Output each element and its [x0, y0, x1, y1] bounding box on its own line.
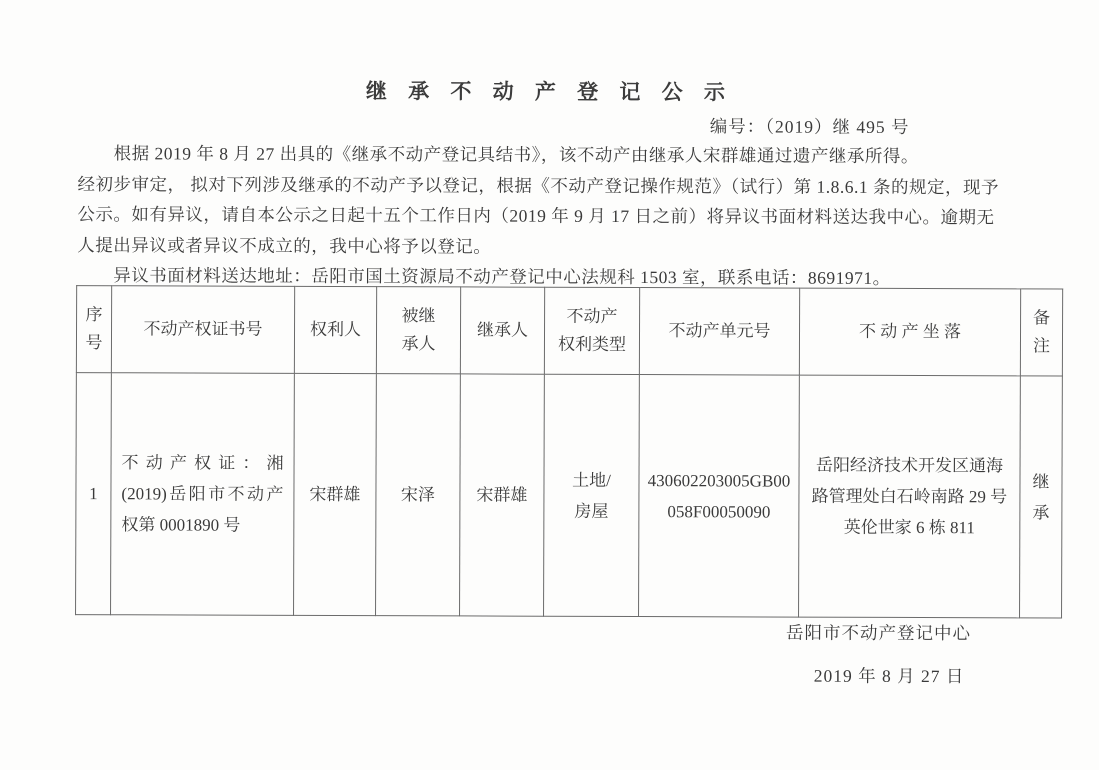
header-right-holder: 权利人: [294, 286, 376, 373]
cell-decedent: 宋泽: [376, 374, 461, 616]
issue-date: 2019 年 8 月 27 日: [814, 663, 965, 689]
document-number: 编号：（2019）继 495 号: [710, 113, 910, 139]
body-line-2: 经初步审定， 拟对下列涉及继承的不动产予以登记，根据《不动产登记操作规范》（试行…: [77, 169, 1052, 203]
header-seq: 序 号: [76, 286, 111, 373]
table-row: 1 不动产权证：湘(2019)岳阳市不动产权第 0001890 号 宋群雄 宋泽…: [76, 373, 1063, 618]
header-remark: 备 注: [1020, 289, 1062, 376]
header-cert-no: 不动产权证书号: [111, 286, 294, 374]
scanned-document-page: 继 承 不 动 产 登 记 公 示 编号：（2019）继 495 号 根据 20…: [0, 0, 1099, 770]
cell-right-type: 土地/ 房屋: [544, 374, 640, 616]
header-heir: 继承人: [460, 287, 544, 374]
cell-heir: 宋群雄: [460, 374, 545, 616]
cell-remark: 继 承: [1020, 376, 1063, 618]
cell-cert-no: 不动产权证：湘(2019)岳阳市不动产权第 0001890 号: [111, 373, 295, 616]
body-line-4: 人提出异议或者异议不成立的，我中心将予以登记。: [77, 230, 1052, 264]
body-line-1: 根据 2019 年 8 月 27 出具的《继承不动产登记具结书》，该不动产由继承…: [78, 138, 1053, 172]
table-header-row: 序 号 不动产权证书号 权利人 被继 承人 继承人 不动产 权利类型 不动产单元…: [76, 286, 1062, 376]
document-title: 继 承 不 动 产 登 记 公 示: [0, 74, 1099, 108]
header-right-type: 不动产 权利类型: [544, 287, 639, 374]
header-unit-no: 不动产单元号: [639, 288, 799, 376]
cell-unit-no: 430602203005GB00058F00050090: [639, 375, 800, 618]
notice-body: 根据 2019 年 8 月 27 出具的《继承不动产登记具结书》，该不动产由继承…: [77, 138, 1053, 294]
cell-right-holder: 宋群雄: [294, 373, 377, 615]
cell-seq: 1: [76, 373, 112, 615]
cell-location: 岳阳经济技术开发区通海路管理处白石岭南路 29 号英伦世家 6 栋 811: [799, 375, 1021, 618]
registration-table: 序 号 不动产权证书号 权利人 被继 承人 继承人 不动产 权利类型 不动产单元…: [75, 285, 1063, 618]
header-decedent: 被继 承人: [376, 287, 460, 374]
issuer-name: 岳阳市不动产登记中心: [786, 620, 971, 646]
header-location: 不 动 产 坐 落: [799, 288, 1020, 376]
body-line-3: 公示。如有异议，请自本公示之日起十五个工作日内（2019 年 9 月 17 日之…: [77, 199, 1052, 233]
